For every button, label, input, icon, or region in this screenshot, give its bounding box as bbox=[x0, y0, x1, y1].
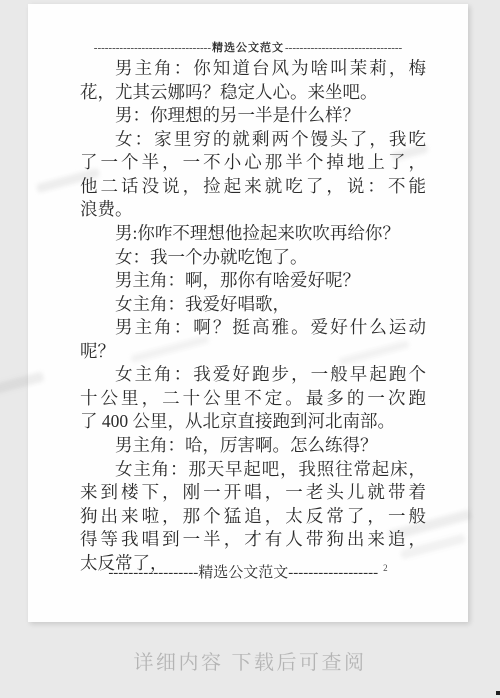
page-header: --------------------------------精选公文范文--… bbox=[28, 39, 468, 55]
text-line: 女主角：我爱好唱歌， bbox=[80, 293, 426, 317]
text-line: 得等我唱到一半，才有人带狗出来追， bbox=[80, 528, 426, 552]
text-line: 了 400 公里，从北京直接跑到河北南部。 bbox=[80, 410, 426, 434]
text-line: 男：你理想的另一半是什么样？ bbox=[80, 104, 426, 128]
header-title: 精选公文范文 bbox=[211, 42, 285, 54]
footer-dashes-right: ------------------ bbox=[288, 565, 378, 581]
corner-dot bbox=[496, 691, 500, 695]
text-line: 女：家里穷的就剩两个馒头了，我吃 bbox=[80, 128, 426, 152]
document-page: --------------------------------精选公文范文--… bbox=[28, 4, 468, 622]
download-hint-label: 详细内容 下载后可查阅 bbox=[133, 646, 366, 675]
text-line: 男主角：你知道台风为啥叫茉莉，梅 bbox=[80, 57, 426, 81]
text-line: 女主角：我爱好跑步，一般早起跑个 bbox=[80, 363, 426, 387]
text-line: 男主角：哈，厉害啊。怎么练得？ bbox=[80, 434, 426, 458]
page-footer: ------------------精选公文范文----------------… bbox=[28, 561, 468, 582]
text-line: 女主角：那天早起吧，我照往常起床， bbox=[80, 458, 426, 482]
header-dashes-left: -------------------------------- bbox=[94, 42, 211, 54]
text-line: 十公里，二十公里不定。最多的一次跑 bbox=[80, 387, 426, 411]
text-line: 呢？ bbox=[80, 340, 426, 364]
text-line: 女：我一个办就吃饱了。 bbox=[80, 246, 426, 270]
text-line: 男主角：啊，那你有啥爱好呢？ bbox=[80, 269, 426, 293]
text-line: 浪费。 bbox=[80, 198, 426, 222]
header-dashes-right: -------------------------------- bbox=[285, 42, 402, 54]
text-line: 来到楼下，刚一开唱，一老头儿就带着 bbox=[80, 481, 426, 505]
text-line: 男:你咋不理想他捡起来吹吹再给你？ bbox=[80, 222, 426, 246]
text-line: 花，尤其云娜吗？稳定人心。来坐吧。 bbox=[80, 81, 426, 105]
text-line: 狗出来啦，那个猛追，太反常了，一般 bbox=[80, 505, 426, 529]
text-line: 男主角：啊？挺高雅。爱好什么运动 bbox=[80, 316, 426, 340]
footer-dashes-left: ------------------ bbox=[108, 565, 198, 581]
text-line: 他二话没说，捡起来就吃了，说：不能 bbox=[80, 175, 426, 199]
download-hint-bar: 详细内容 下载后可查阅 bbox=[0, 622, 500, 698]
page-number: 2 bbox=[383, 563, 388, 573]
footer-title: 精选公文范文 bbox=[198, 565, 288, 581]
document-body: 男主角：你知道台风为啥叫茉莉，梅 花，尤其云娜吗？稳定人心。来坐吧。 男：你理想… bbox=[80, 57, 426, 575]
text-line: 了一个半，一不小心那半个掉地上了， bbox=[80, 151, 426, 175]
document-preview[interactable]: --------------------------------精选公文范文--… bbox=[0, 0, 500, 698]
